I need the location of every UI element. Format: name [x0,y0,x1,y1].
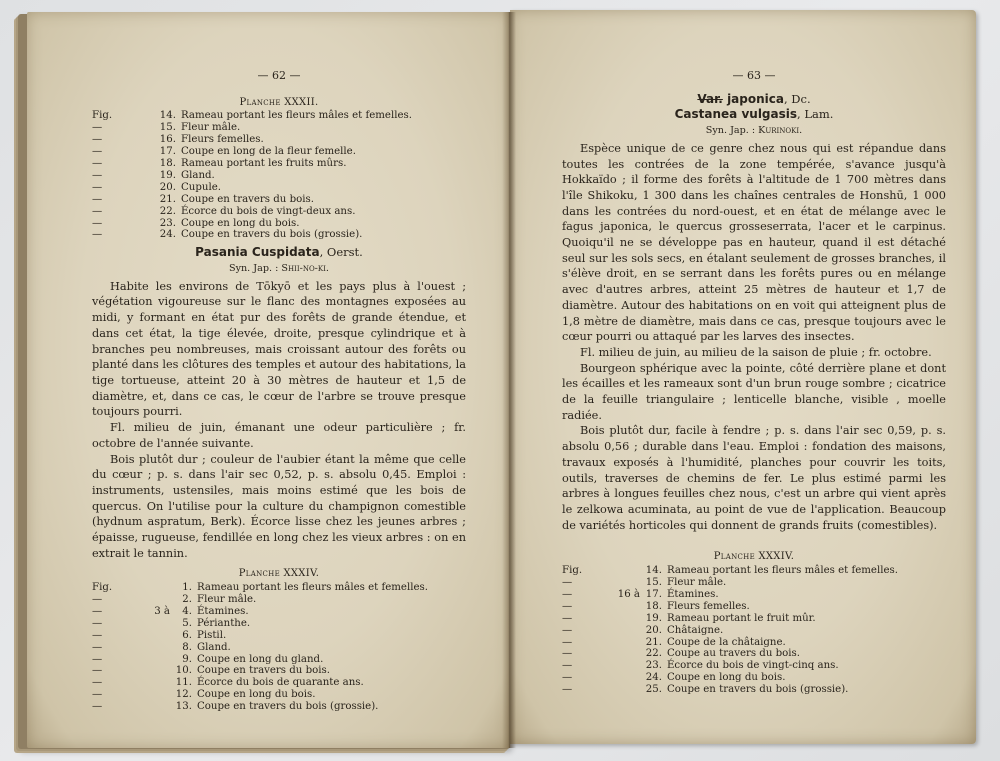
figure-list: Fig.1.Rameau portant les fleurs mâles et… [92,582,466,713]
fig-num: 11. [174,677,197,689]
fig-prefix: — [92,654,130,666]
fig-num: 5. [174,618,197,630]
japanese-synonym: Syn. Jap. : Kurinoki. [562,123,946,139]
fig-range [130,701,174,713]
fig-text: Coupe en long du bois. [667,672,786,684]
fig-num: 15. [644,577,667,589]
fig-range [600,565,644,577]
fig-num: 22. [158,206,181,218]
fig-num: 4. [174,606,197,618]
figure-list-item: —19.Rameau portant le fruit mûr. [562,613,946,625]
fig-range [130,170,158,182]
fig-num: 20. [158,182,181,194]
fig-prefix: — [562,577,600,589]
fig-prefix: — [562,637,600,649]
figure-list-item: —3 à4.Étamines. [92,606,466,618]
figure-list-item: —18.Rameau portant les fruits mûrs. [92,158,466,170]
fig-prefix: — [92,182,130,194]
figure-list-item: —20.Châtaigne. [562,625,946,637]
fig-text: Coupe en long de la fleur femelle. [181,146,356,158]
fig-prefix: — [562,672,600,684]
fig-range: 16 à [600,589,644,601]
fig-range [600,625,644,637]
figure-list-item: —5.Périanthe. [92,618,466,630]
fig-range [600,660,644,672]
page-number: — 63 — [562,68,946,84]
figure-list-item: —8.Gland. [92,642,466,654]
figure-list-item: Fig.14.Rameau portant les fleurs mâles e… [562,565,946,577]
figure-list-item: Fig.14.Rameau portant les fleurs mâles e… [92,110,466,122]
fig-prefix: — [92,134,130,146]
fig-prefix: — [92,630,130,642]
variety-name: japonica [727,92,784,106]
fig-num: 25. [644,684,667,696]
fig-prefix: — [92,146,130,158]
fig-prefix: — [562,613,600,625]
fig-prefix: — [92,665,130,677]
fig-prefix: — [92,229,130,241]
fig-prefix: — [92,122,130,134]
fig-num: 1. [174,582,197,594]
fig-range [130,642,174,654]
species-author: , Oerst. [320,245,363,259]
fig-text: Coupe en travers du bois (grossie). [197,701,378,713]
paragraph: Fl. milieu de juin, émanant une odeur pa… [92,420,466,451]
fig-text: Gland. [181,170,215,182]
fig-text: Coupe en long du bois. [197,689,316,701]
figure-list-item: —24.Coupe en travers du bois (grossie). [92,229,466,241]
right-page-content: — 63 — Var. japonica, Dc. Castanea vulga… [562,68,946,696]
fig-text: Étamines. [667,589,719,601]
fig-text: Fleurs femelles. [667,601,750,613]
fig-num: 21. [158,194,181,206]
fig-range [130,218,158,230]
fig-text: Cupule. [181,182,221,194]
fig-range [600,672,644,684]
fig-num: 8. [174,642,197,654]
fig-prefix: — [562,684,600,696]
fig-text: Fleur mâle. [667,577,726,589]
fig-text: Écorce du bois de vingt-cinq ans. [667,660,839,672]
fig-num: 16. [158,134,181,146]
fig-prefix: — [92,677,130,689]
fig-prefix: — [562,589,600,601]
fig-range [130,654,174,666]
fig-num: 17. [158,146,181,158]
page-number: — 62 — [92,68,466,84]
fig-text: Rameau portant les fleurs mâles et femel… [181,110,412,122]
figure-list-item: —23.Écorce du bois de vingt-cinq ans. [562,660,946,672]
figure-list-item: —17.Coupe en long de la fleur femelle. [92,146,466,158]
fig-num: 14. [644,565,667,577]
paragraph: Fl. milieu de juin, au milieu de la sais… [562,345,946,361]
figure-list: Fig.14.Rameau portant les fleurs mâles e… [562,565,946,696]
fig-text: Rameau portant les fruits mûrs. [181,158,346,170]
figure-list-item: —15.Fleur mâle. [92,122,466,134]
fig-text: Pistil. [197,630,226,642]
fig-range [130,134,158,146]
fig-range [130,182,158,194]
fig-num: 17. [644,589,667,601]
paragraph: Bois plutôt dur ; couleur de l'aubier ét… [92,452,466,562]
variety-heading: Var. japonica, Dc. [562,92,946,108]
fig-num: 19. [158,170,181,182]
fig-prefix: — [562,601,600,613]
fig-range [600,648,644,660]
fig-range [130,618,174,630]
figure-list-item: —21.Coupe de la châtaigne. [562,637,946,649]
species-heading: Castanea vulgasis, Lam. [562,107,946,123]
fig-num: 10. [174,665,197,677]
variety-author: , Dc. [784,92,811,106]
fig-num: 22. [644,648,667,660]
fig-num: 24. [644,672,667,684]
fig-num: 12. [174,689,197,701]
fig-prefix: — [92,689,130,701]
fig-range: 3 à [130,606,174,618]
figure-list-item: —16.Fleurs femelles. [92,134,466,146]
fig-text: Écorce du bois de quarante ans. [197,677,364,689]
species-name: Castanea vulgasis [675,107,797,121]
figure-list-item: —19.Gland. [92,170,466,182]
fig-range [130,677,174,689]
figure-list-item: —9.Coupe en long du gland. [92,654,466,666]
species-name: Pasania Cuspidata [195,245,319,259]
fig-text: Coupe en travers du bois (grossie). [181,229,362,241]
fig-range [130,122,158,134]
paragraph: Habite les environs de Tōkyō et les pays… [92,279,466,420]
fig-range [130,582,174,594]
figure-list-item: —12.Coupe en long du bois. [92,689,466,701]
fig-num: 18. [158,158,181,170]
plate-title: Planche XXXII. [92,95,466,111]
fig-range [130,594,174,606]
fig-text: Coupe en travers du bois (grossie). [667,684,848,696]
fig-text: Coupe en travers du bois. [197,665,330,677]
paragraph: Bois plutôt dur, facile à fendre ; p. s.… [562,423,946,533]
fig-range [600,601,644,613]
fig-range [130,158,158,170]
fig-num: 21. [644,637,667,649]
figure-list-item: —11.Écorce du bois de quarante ans. [92,677,466,689]
fig-prefix: — [562,648,600,660]
figure-list-item: —22.Coupe au travers du bois. [562,648,946,660]
fig-prefix: Fig. [92,110,130,122]
figure-list-item: —16 à17.Étamines. [562,589,946,601]
paragraph: Espèce unique de ce genre chez nous qui … [562,141,946,345]
fig-num: 6. [174,630,197,642]
fig-prefix: — [92,642,130,654]
fig-text: Rameau portant le fruit mûr. [667,613,816,625]
paragraph: Bourgeon sphérique avec la pointe, côté … [562,361,946,424]
figure-list-item: —18.Fleurs femelles. [562,601,946,613]
figure-list-item: —6.Pistil. [92,630,466,642]
fig-range [130,194,158,206]
fig-range [130,689,174,701]
fig-num: 20. [644,625,667,637]
fig-prefix: — [562,625,600,637]
fig-text: Fleur mâle. [197,594,256,606]
fig-range [130,665,174,677]
fig-text: Châtaigne. [667,625,723,637]
figure-list-item: —25.Coupe en travers du bois (grossie). [562,684,946,696]
fig-text: Coupe en travers du bois. [181,194,314,206]
fig-range [600,637,644,649]
fig-range [130,146,158,158]
fig-range [600,577,644,589]
fig-text: Périanthe. [197,618,250,630]
species-author: , Lam. [797,107,833,121]
fig-prefix: — [92,701,130,713]
plate-title: Planche XXXIV. [562,549,946,565]
fig-prefix: — [92,206,130,218]
fig-prefix: — [92,594,130,606]
book-gutter [502,12,516,748]
fig-text: Étamines. [197,606,249,618]
plate-title: Planche XXXIV. [92,566,466,582]
fig-num: 23. [158,218,181,230]
fig-prefix: — [92,606,130,618]
fig-prefix: — [92,218,130,230]
fig-num: 14. [158,110,181,122]
fig-text: Écorce du bois de vingt-deux ans. [181,206,355,218]
fig-text: Coupe en long du bois. [181,218,300,230]
fig-prefix: — [92,194,130,206]
fig-text: Rameau portant les fleurs mâles et femel… [667,565,898,577]
species-heading: Pasania Cuspidata, Oerst. [92,245,466,261]
fig-prefix: Fig. [92,582,130,594]
left-page-content: — 62 — Planche XXXII. Fig.14.Rameau port… [92,68,466,713]
figure-list-item: —13.Coupe en travers du bois (grossie). [92,701,466,713]
fig-text: Rameau portant les fleurs mâles et femel… [197,582,428,594]
fig-text: Coupe au travers du bois. [667,648,800,660]
figure-list-item: —2.Fleur mâle. [92,594,466,606]
fig-num: 23. [644,660,667,672]
fig-text: Gland. [197,642,231,654]
figure-list-item: —15.Fleur mâle. [562,577,946,589]
fig-prefix: — [92,158,130,170]
fig-range [130,229,158,241]
fig-num: 9. [174,654,197,666]
fig-num: 19. [644,613,667,625]
fig-prefix: — [92,618,130,630]
fig-text: Fleurs femelles. [181,134,264,146]
fig-prefix: — [562,660,600,672]
fig-range [130,206,158,218]
fig-num: 15. [158,122,181,134]
figure-list-item: —20.Cupule. [92,182,466,194]
fig-range [600,684,644,696]
fig-text: Coupe de la châtaigne. [667,637,786,649]
japanese-synonym: Syn. Jap. : Shii-no-ki. [92,261,466,277]
figure-list: Fig.14.Rameau portant les fleurs mâles e… [92,110,466,241]
figure-list-item: —23.Coupe en long du bois. [92,218,466,230]
fig-num: 18. [644,601,667,613]
figure-list-item: Fig.1.Rameau portant les fleurs mâles et… [92,582,466,594]
fig-prefix: — [92,170,130,182]
figure-list-item: —21.Coupe en travers du bois. [92,194,466,206]
fig-num: 2. [174,594,197,606]
struck-prefix: Var. [697,92,723,106]
fig-range [130,110,158,122]
fig-num: 24. [158,229,181,241]
figure-list-item: —10.Coupe en travers du bois. [92,665,466,677]
fig-range [600,613,644,625]
fig-range [130,630,174,642]
figure-list-item: —24.Coupe en long du bois. [562,672,946,684]
figure-list-item: —22.Écorce du bois de vingt-deux ans. [92,206,466,218]
fig-text: Fleur mâle. [181,122,240,134]
fig-prefix: Fig. [562,565,600,577]
fig-num: 13. [174,701,197,713]
fig-text: Coupe en long du gland. [197,654,323,666]
